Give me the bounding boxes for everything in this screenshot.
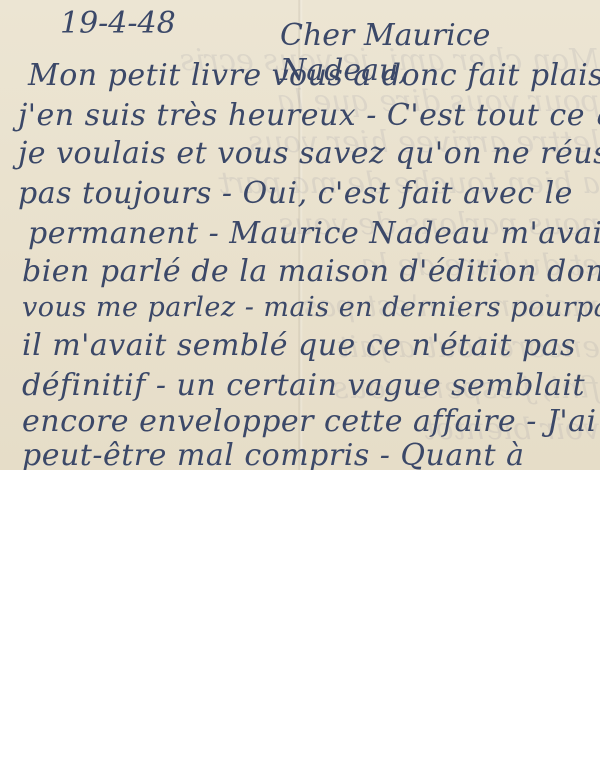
text-line-7: bien parlé de la maison d'édition dont bbox=[22, 254, 600, 289]
text-line-2: j'en suis très heureux - C'est tout ce q… bbox=[18, 98, 600, 133]
text-line-12: peut-être mal compris - Quant à bbox=[22, 438, 600, 470]
text-line-4: pas toujours - Oui, c'est fait avec le bbox=[18, 176, 600, 211]
text-line-9: il m'avait semblé que ce n'était pas bbox=[22, 328, 600, 363]
text-line-8: vous me parlez - mais en derniers pourpa… bbox=[22, 292, 600, 323]
text-line-1: Mon petit livre vous a donc fait plaisir… bbox=[28, 58, 600, 93]
text-line-11: encore envelopper cette affaire - J'ai bbox=[22, 404, 600, 439]
text-line-3: je voulais et vous savez qu'on ne réussi… bbox=[18, 136, 600, 171]
letter-date: 19-4-48 bbox=[60, 6, 176, 41]
text-line-10: définitif - un certain vague semblait bbox=[22, 368, 600, 403]
letter-page: Mon cher ami, je vous ecris pour vous di… bbox=[0, 0, 600, 470]
text-line-6: permanent - Maurice Nadeau m'avait bbox=[28, 216, 600, 251]
